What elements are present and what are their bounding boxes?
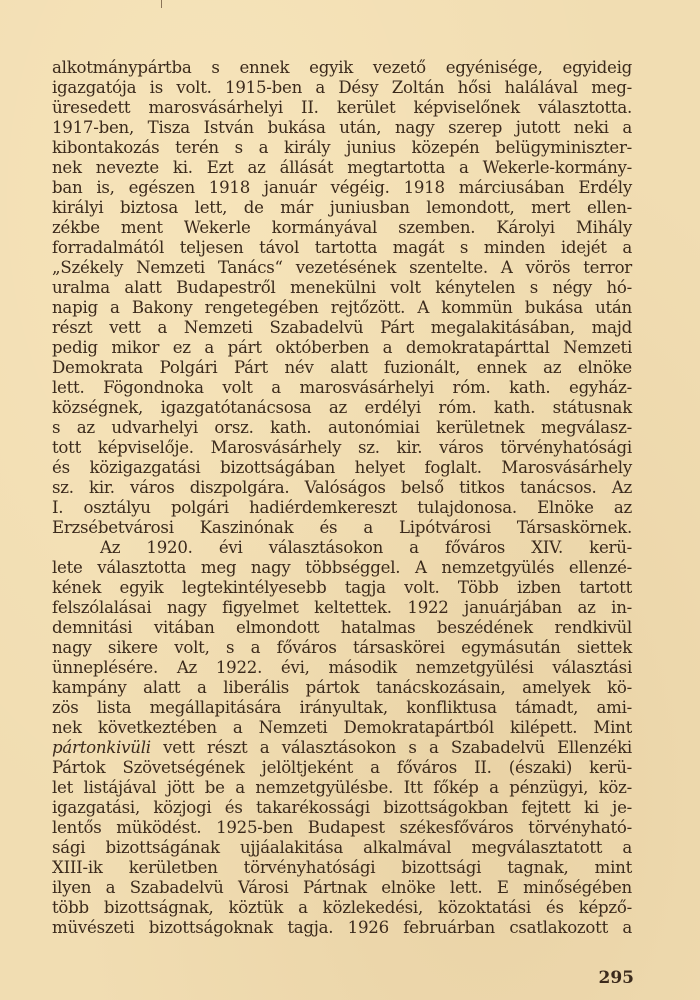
text-line: kibontakozás terén s a király junius köz… bbox=[52, 138, 632, 158]
text-line: kének egyik legtekintélyesebb tagja volt… bbox=[52, 578, 632, 598]
text-line: igazgatója is volt. 1915-ben a Désy Zolt… bbox=[52, 78, 632, 98]
text-line: napig a Bakony rengetegében rejtőzött. A… bbox=[52, 298, 632, 318]
text-line: XIII-ik kerületben törvényhatósági bizot… bbox=[52, 858, 632, 878]
text-line: ban is, egészen 1918 január végéig. 1918… bbox=[52, 178, 632, 198]
text-line: Az 1920. évi választásokon a főváros XIV… bbox=[52, 538, 632, 558]
text-line: uralma alatt Budapestről menekülni volt … bbox=[52, 278, 632, 298]
document-page-body: alkotmánypártba s ennek egyik vezető egy… bbox=[52, 58, 632, 938]
text-line: „Székely Nemzeti Tanács“ vezetésének sze… bbox=[52, 258, 632, 278]
text-line: demnitási vitában elmondott hatalmas bes… bbox=[52, 618, 632, 638]
text-line: zös lista megállapitására irányultak, ko… bbox=[52, 698, 632, 718]
page-number: 295 bbox=[599, 968, 635, 988]
text-line: kampány alatt a liberális pártok tanácsk… bbox=[52, 678, 632, 698]
text-line: 1917-ben, Tisza István bukása után, nagy… bbox=[52, 118, 632, 138]
text-line: lete választotta meg nagy többséggel. A … bbox=[52, 558, 632, 578]
text-line: ünneplésére. Az 1922. évi, második nemze… bbox=[52, 658, 632, 678]
text-line: I. osztályu polgári hadiérdemkereszt tul… bbox=[52, 498, 632, 518]
text-line: több bizottságnak, köztük a közlekedési,… bbox=[52, 898, 632, 918]
text-line: nagy sikere volt, s a főváros társasköre… bbox=[52, 638, 632, 658]
text-line: községnek, igazgatótanácsosa az erdélyi … bbox=[52, 398, 632, 418]
text-line: lett. Fögondnoka volt a marosvásárhelyi … bbox=[52, 378, 632, 398]
text-line: alkotmánypártba s ennek egyik vezető egy… bbox=[52, 58, 632, 78]
text-line: nek nevezte ki. Ezt az állását megtartot… bbox=[52, 158, 632, 178]
text-line: müvészeti bizottságoknak tagja. 1926 feb… bbox=[52, 918, 632, 938]
text-line: ilyen a Szabadelvü Városi Pártnak elnöke… bbox=[52, 878, 632, 898]
text-line: let listájával jött be a nemzetgyülésbe.… bbox=[52, 778, 632, 798]
text-line: királyi biztosa lett, de már juniusban l… bbox=[52, 198, 632, 218]
text-line: sági bizottságának ujjáalakitása alkalmá… bbox=[52, 838, 632, 858]
text-line: üresedett marosvásárhelyi II. kerület ké… bbox=[52, 98, 632, 118]
text-line: nek következtében a Nemzeti Demokratapár… bbox=[52, 718, 632, 738]
line-text: vett részt a választásokon s a Szabadelv… bbox=[151, 738, 632, 757]
page-edge-mark bbox=[161, 0, 162, 8]
italic-term: pártonkivüli bbox=[52, 738, 151, 757]
text-line: lentős müködést. 1925-ben Budapest széke… bbox=[52, 818, 632, 838]
text-line: Erzsébetvárosi Kaszinónak és a Lipótváro… bbox=[52, 518, 632, 538]
text-line: pedig mikor ez a párt októberben a demok… bbox=[52, 338, 632, 358]
text-line: Pártok Szövetségének jelöltjeként a fővá… bbox=[52, 758, 632, 778]
text-line: igazgatási, közjogi és takarékossági biz… bbox=[52, 798, 632, 818]
text-line: és közigazgatási bizottságában helyet fo… bbox=[52, 458, 632, 478]
text-line: pártonkivüli vett részt a választásokon … bbox=[52, 738, 632, 758]
text-line: s az udvarhelyi orsz. kath. autonómiai k… bbox=[52, 418, 632, 438]
text-line: részt vett a Nemzeti Szabadelvü Párt meg… bbox=[52, 318, 632, 338]
text-line: Demokrata Polgári Párt név alatt fuzioná… bbox=[52, 358, 632, 378]
text-line: sz. kir. város diszpolgára. Valóságos be… bbox=[52, 478, 632, 498]
text-line: felszólalásai nagy figyelmet keltettek. … bbox=[52, 598, 632, 618]
text-line: forradalmától teljesen távol tartotta ma… bbox=[52, 238, 632, 258]
text-line: zékbe ment Wekerle kormányával szemben. … bbox=[52, 218, 632, 238]
text-line: tott képviselője. Marosvásárhely sz. kir… bbox=[52, 438, 632, 458]
